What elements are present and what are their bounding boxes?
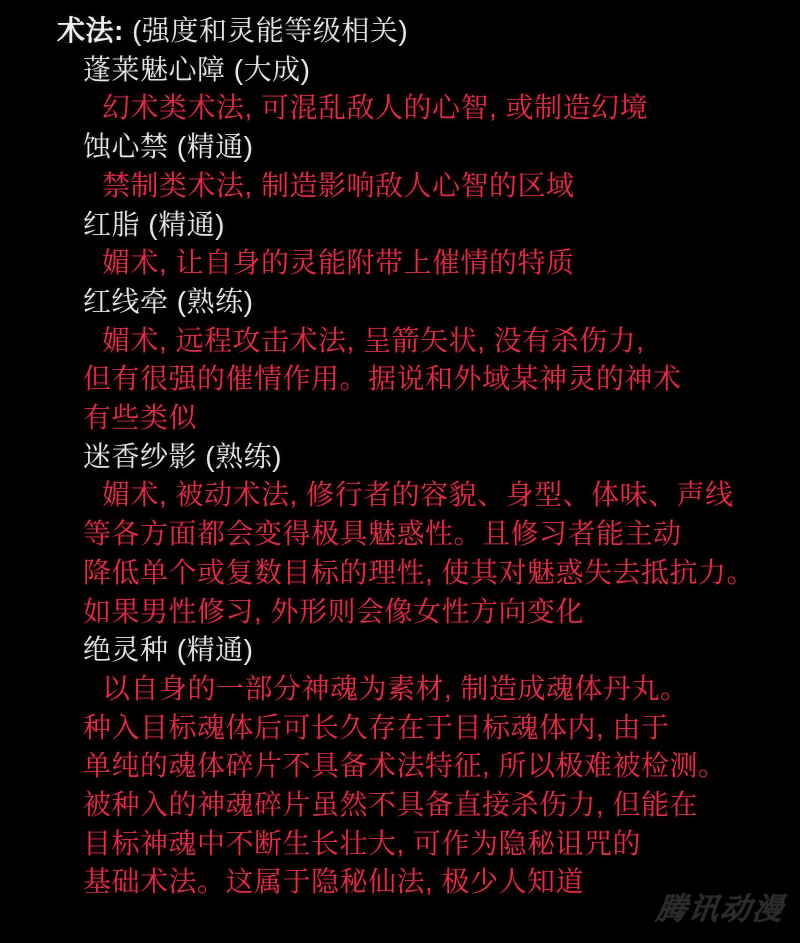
- spell-description-text: 幻术类术法, 可混乱敌人的心智, 或制造幻境: [102, 92, 648, 123]
- spell-description-text: 有些类似: [83, 402, 197, 433]
- spell-description-text: 目标神魂中不断生长壮大, 可作为隐秘诅咒的: [83, 828, 641, 859]
- section-header-line: 术法: (强度和灵能等级相关): [57, 12, 790, 51]
- spell-name-text: 蚀心禁 (精通): [83, 131, 253, 162]
- spell-name-text: 绝灵种 (精通): [83, 634, 253, 665]
- spell-description-text: 以自身的一部分神魂为素材, 制造成魂体丹丸。: [102, 673, 689, 704]
- spell-description-text: 媚术, 被动术法, 修行者的容貌、身型、体味、声线: [102, 479, 734, 510]
- spell-description-line: 等各方面都会变得极具魅惑性。且修习者能主动: [57, 515, 790, 554]
- spell-name-line: 迷香纱影 (熟练): [57, 438, 790, 477]
- spell-description-line: 媚术, 远程攻击术法, 呈箭矢状, 没有杀伤力,: [57, 322, 790, 361]
- spell-description-line: 被种入的神魂碎片虽然不具备直接杀伤力, 但能在: [57, 786, 790, 825]
- spell-description-line: 媚术, 让自身的灵能附带上催情的特质: [57, 244, 790, 283]
- spell-name-line: 绝灵种 (精通): [57, 631, 790, 670]
- spell-description-text: 降低单个或复数目标的理性, 使其对魅惑失去抵抗力。: [83, 557, 755, 588]
- spell-description-text: 媚术, 让自身的灵能附带上催情的特质: [102, 247, 575, 278]
- spell-description-text: 被种入的神魂碎片虽然不具备直接杀伤力, 但能在: [83, 789, 698, 820]
- spell-description-line: 幻术类术法, 可混乱敌人的心智, 或制造幻境: [57, 89, 790, 128]
- spell-description-line: 以自身的一部分神魂为素材, 制造成魂体丹丸。: [57, 670, 790, 709]
- spell-name-text: 红线牵 (熟练): [83, 286, 253, 317]
- spell-name-text: 迷香纱影 (熟练): [83, 441, 282, 472]
- spell-description-text: 种入目标魂体后可长久存在于目标魂体内, 由于: [83, 712, 670, 743]
- spell-description-line: 种入目标魂体后可长久存在于目标魂体内, 由于: [57, 709, 790, 748]
- spell-name-line: 蚀心禁 (精通): [57, 128, 790, 167]
- spell-description-text: 等各方面都会变得极具魅惑性。且修习者能主动: [83, 518, 682, 549]
- spell-name-text: (强度和灵能等级相关): [124, 15, 408, 46]
- spell-description-line: 单纯的魂体碎片不具备术法特征, 所以极难被检测。: [57, 747, 790, 786]
- spell-list: 术法: (强度和灵能等级相关)蓬莱魅心障 (大成)幻术类术法, 可混乱敌人的心智…: [57, 12, 790, 902]
- section-title-text: 术法:: [57, 15, 124, 46]
- spell-description-text: 媚术, 远程攻击术法, 呈箭矢状, 没有杀伤力,: [102, 325, 644, 356]
- spell-description-line: 如果男性修习, 外形则会像女性方向变化: [57, 593, 790, 632]
- spell-description-text: 基础术法。这属于隐秘仙法, 极少人知道: [83, 866, 584, 897]
- spell-description-text: 如果男性修习, 外形则会像女性方向变化: [83, 596, 584, 627]
- spell-description-line: 禁制类术法, 制造影响敌人心智的区域: [57, 167, 790, 206]
- spell-description-line: 但有很强的催情作用。据说和外域某神灵的神术: [57, 360, 790, 399]
- spell-description-line: 有些类似: [57, 399, 790, 438]
- spell-description-line: 目标神魂中不断生长壮大, 可作为隐秘诅咒的: [57, 825, 790, 864]
- comic-spell-info-page: 术法: (强度和灵能等级相关)蓬莱魅心障 (大成)幻术类术法, 可混乱敌人的心智…: [0, 0, 800, 943]
- spell-name-text: 红脂 (精通): [83, 209, 225, 240]
- spell-description-line: 媚术, 被动术法, 修行者的容貌、身型、体味、声线: [57, 476, 790, 515]
- spell-description-text: 单纯的魂体碎片不具备术法特征, 所以极难被检测。: [83, 750, 727, 781]
- spell-description-line: 降低单个或复数目标的理性, 使其对魅惑失去抵抗力。: [57, 554, 790, 593]
- spell-name-line: 蓬莱魅心障 (大成): [57, 51, 790, 90]
- spell-description-text: 但有很强的催情作用。据说和外域某神灵的神术: [83, 363, 682, 394]
- spell-description-text: 禁制类术法, 制造影响敌人心智的区域: [102, 170, 575, 201]
- spell-name-line: 红脂 (精通): [57, 206, 790, 245]
- tencent-comics-watermark: 腾讯动漫: [654, 884, 788, 928]
- spell-name-line: 红线牵 (熟练): [57, 283, 790, 322]
- spell-name-text: 蓬莱魅心障 (大成): [83, 54, 310, 85]
